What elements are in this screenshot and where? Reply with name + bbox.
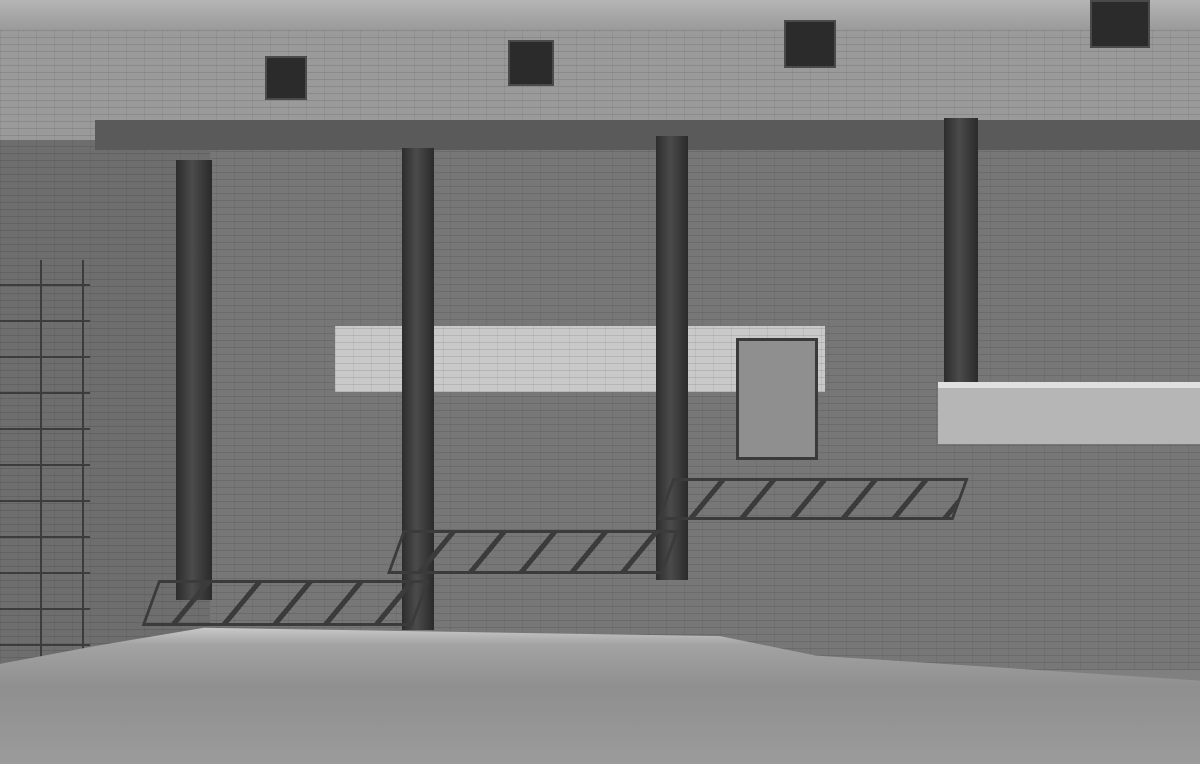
roof-edge bbox=[0, 0, 1200, 30]
steel-floor-frame bbox=[142, 580, 430, 626]
steel-column bbox=[944, 118, 978, 388]
photo-scene: Black-and-white photograph of a building… bbox=[0, 0, 1200, 764]
steel-column bbox=[176, 160, 212, 600]
main-beam bbox=[95, 120, 1200, 150]
steel-floor-frame bbox=[657, 478, 968, 520]
boarded-opening bbox=[736, 338, 818, 460]
concrete-ledge bbox=[938, 382, 1200, 444]
wall-window bbox=[784, 20, 836, 68]
wall-window bbox=[508, 40, 554, 86]
steel-floor-frame bbox=[387, 530, 679, 574]
scaffolding bbox=[0, 260, 90, 680]
wall-window bbox=[1090, 0, 1150, 48]
wall-window bbox=[265, 56, 307, 100]
